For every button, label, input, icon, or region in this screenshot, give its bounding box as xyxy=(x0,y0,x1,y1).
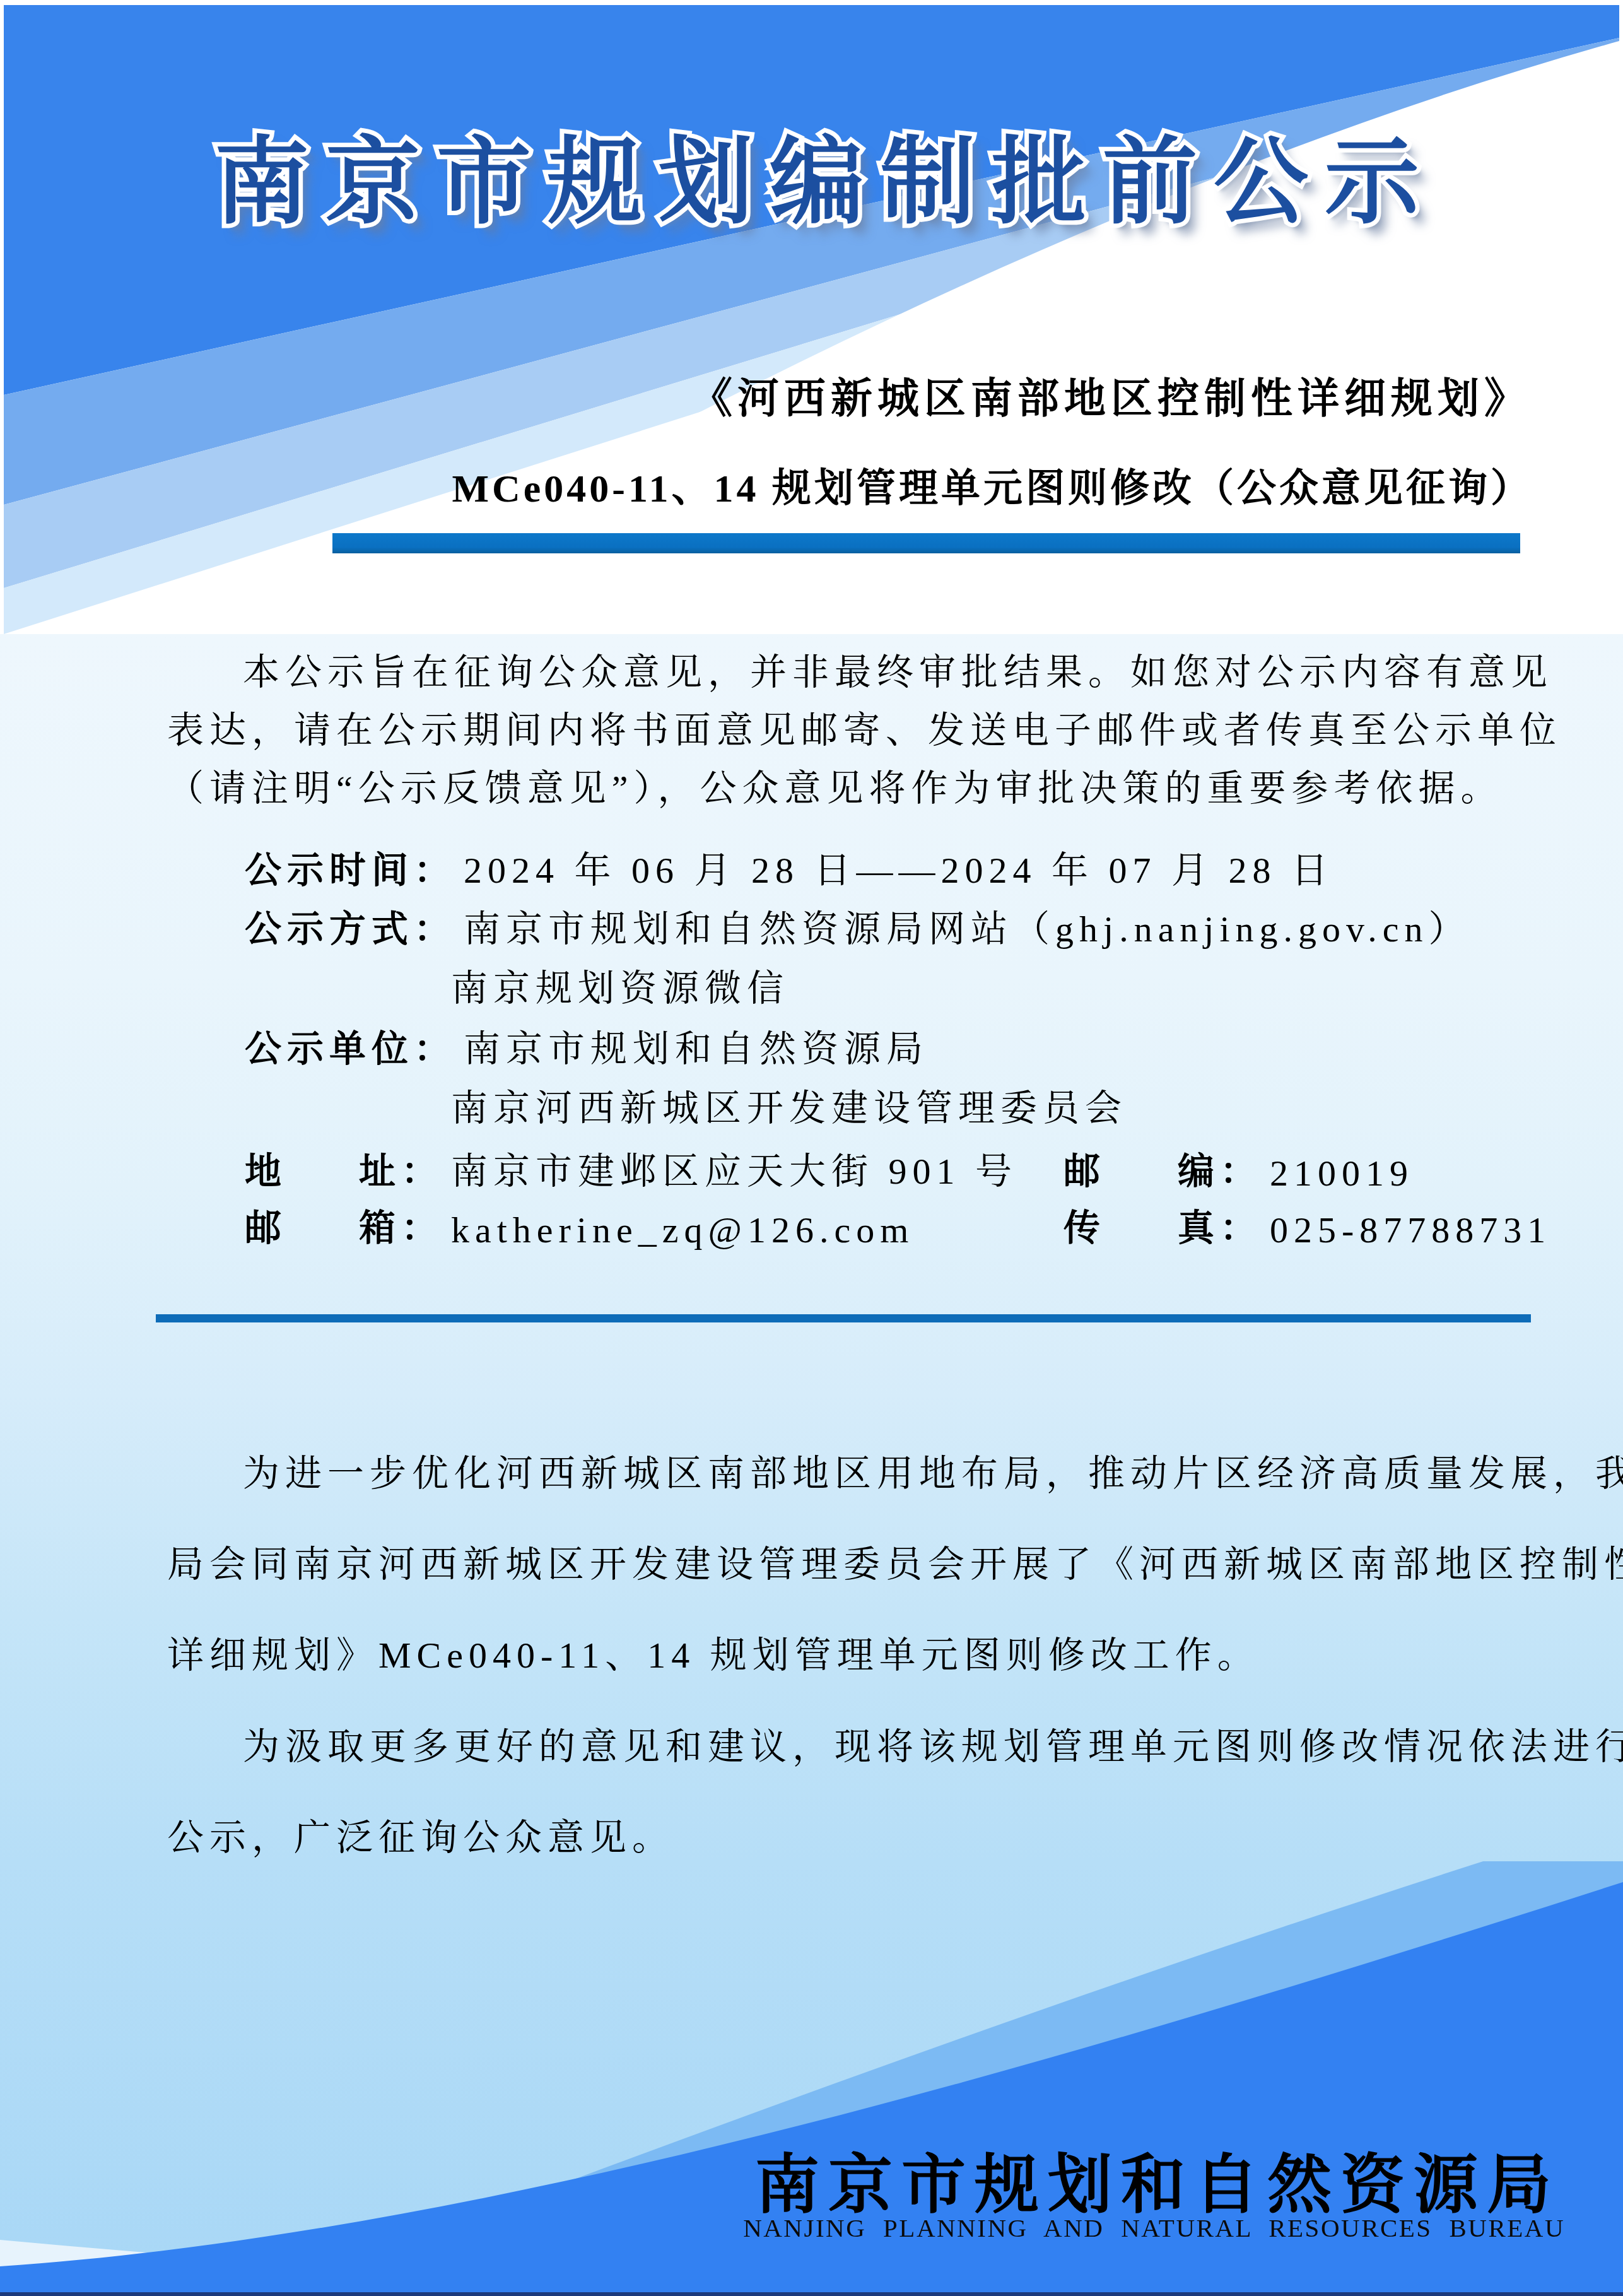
intro-paragraph: 本公示旨在征询公众意见，并非最终审批结果。如您对公示内容有意见 表达，请在公示期… xyxy=(167,644,1536,818)
section-divider-line xyxy=(156,1314,1531,1322)
method-label: 公示方式： xyxy=(245,909,456,950)
intro-line: 本公示旨在征询公众意见，并非最终审批结果。如您对公示内容有意见 xyxy=(167,644,1536,702)
subtitle-line-2: MCe040-11、14 规划管理单元图则修改（公众意见征询） xyxy=(452,457,1533,513)
address-label: 地址： xyxy=(245,1141,443,1194)
fax-value: 025-87788731 xyxy=(1270,1210,1551,1251)
notice-poster: 南京市规划编制批前公示 南京市规划编制批前公示 南京市规划编制批前公示 《河西新… xyxy=(0,0,1623,2296)
time-label: 公示时间： xyxy=(245,850,456,891)
bottom-navy-strip xyxy=(0,2292,1623,2296)
fax-group: 传真：025-87788731 xyxy=(1063,1198,1551,1251)
info-row-time: 公示时间：2024 年 06 月 28 日——2024 年 07 月 28 日 xyxy=(0,840,1623,893)
intro-line: 表达，请在公示期间内将书面意见邮寄、发送电子邮件或者传真至公示单位 xyxy=(167,702,1536,760)
email-label: 邮箱： xyxy=(245,1198,443,1251)
bureau-name-en: NANJING PLANNING AND NATURAL RESOURCES B… xyxy=(743,2213,1565,2243)
subtitle-line-1: 《河西新城区南部地区控制性详细规划》 xyxy=(691,365,1531,425)
page-frame-top xyxy=(0,0,1623,5)
page-frame-left xyxy=(0,0,4,634)
purpose-paragraph: 为汲取更多更好的意见和建议，现将该规划管理单元图则修改情况依法进行 公示，广泛征… xyxy=(167,1702,1536,1883)
time-value: 2024 年 06 月 28 日——2024 年 07 月 28 日 xyxy=(464,850,1333,891)
method-value-wechat: 南京规划资源微信 xyxy=(451,968,789,1009)
subtitle-underline-bar xyxy=(332,533,1520,553)
method-value-website: 南京市规划和自然资源局网站（ghj.nanjing.gov.cn） xyxy=(464,909,1471,950)
email-value: katherine_zq@126.com xyxy=(451,1210,914,1251)
page-title: 南京市规划编制批前公示 xyxy=(214,126,1436,240)
background-paragraph-line: 为进一步优化河西新城区南部地区用地布局，推动片区经济高质量发展，我 xyxy=(167,1428,1536,1519)
zip-value: 210019 xyxy=(1270,1153,1414,1194)
footer-banner: 南京市规划和自然资源局 NANJING PLANNING AND NATURAL… xyxy=(0,1861,1623,2296)
address-value: 南京市建邺区应天大街 901 号 xyxy=(451,1151,1017,1192)
purpose-paragraph-line: 为汲取更多更好的意见和建议，现将该规划管理单元图则修改情况依法进行 xyxy=(167,1702,1536,1793)
info-row-method-cont: 南京规划资源微信 xyxy=(0,958,1623,1011)
page-frame-right xyxy=(1620,0,1623,265)
info-row-email-fax: 邮箱：katherine_zq@126.com 传真：025-87788731 xyxy=(0,1198,1623,1251)
background-paragraph-line: 详细规划》MCe040-11、14 规划管理单元图则修改工作。 xyxy=(167,1610,1536,1701)
info-row-method: 公示方式：南京市规划和自然资源局网站（ghj.nanjing.gov.cn） xyxy=(0,899,1623,952)
unit-value-1: 南京市规划和自然资源局 xyxy=(464,1028,929,1069)
info-row-address-zip: 地址：南京市建邺区应天大街 901 号 邮编：210019 xyxy=(0,1141,1623,1194)
zip-group: 邮编：210019 xyxy=(1063,1141,1414,1194)
intro-line: （请注明“公示反馈意见”），公众意见将作为审批决策的重要参考依据。 xyxy=(167,760,1536,818)
info-row-unit-cont: 南京河西新城区开发建设管理委员会 xyxy=(0,1078,1623,1131)
fax-label: 传真： xyxy=(1063,1198,1262,1251)
unit-label: 公示单位： xyxy=(245,1028,456,1069)
info-row-unit: 公示单位：南京市规划和自然资源局 xyxy=(0,1019,1623,1072)
background-paragraph-line: 局会同南京河西新城区开发建设管理委员会开展了《河西新城区南部地区控制性 xyxy=(167,1519,1536,1610)
background-paragraph: 为进一步优化河西新城区南部地区用地布局，推动片区经济高质量发展，我 局会同南京河… xyxy=(167,1428,1536,1701)
zip-label: 邮编： xyxy=(1063,1141,1262,1194)
unit-value-2: 南京河西新城区开发建设管理委员会 xyxy=(451,1088,1127,1129)
